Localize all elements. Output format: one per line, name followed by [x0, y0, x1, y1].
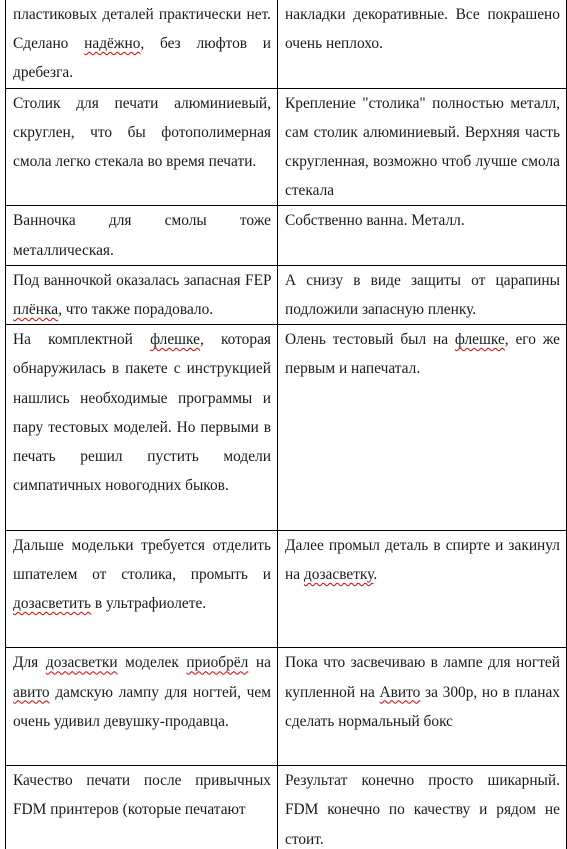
cell-text: Столик для печати алюминиевый, скруглен,… — [13, 95, 271, 170]
cell-text: Олень тестовый был на — [285, 331, 455, 348]
table-row: Под ванночкой оказалась запасная FEP плё… — [6, 265, 567, 324]
cell-text: накладки декоративные. Все покрашено оче… — [285, 6, 560, 52]
cell-text: На комплектной — [13, 331, 150, 348]
cell-text: Собственно ванна. Металл. — [285, 212, 465, 229]
table-cell-left[interactable]: Ванночка для смолы тоже металлическая. — [6, 206, 278, 265]
cell-text: дамскую лампу для ногтей, чем очень удив… — [13, 684, 271, 730]
cell-text: на — [248, 654, 271, 671]
cell-text: Под ванночкой оказалась запасная FEP — [13, 272, 271, 289]
cell-text: моделек — [118, 654, 187, 671]
table-row: Дальше модельки требуется отделить шпате… — [6, 530, 567, 648]
table-cell-left[interactable]: Под ванночкой оказалась запасная FEP плё… — [6, 265, 278, 324]
table-cell-right[interactable]: Крепление "столика" полностью металл, са… — [278, 88, 567, 206]
misspelled-word: авито — [13, 684, 50, 701]
table-row: Качество печати после привычных FDM прин… — [6, 766, 567, 849]
cell-text: , которая обнаружилась в пакете с инстру… — [13, 331, 271, 494]
cell-text: Дальше модельки требуется отделить шпате… — [13, 537, 271, 583]
misspelled-word: дозасветки — [46, 654, 118, 671]
table-cell-right[interactable]: Результат конечно просто шикарный. FDM к… — [278, 766, 567, 849]
misspelled-word: приобрёл — [186, 654, 248, 671]
misspelled-word: надёжно — [84, 35, 140, 52]
misspelled-word: дозасветку — [304, 566, 373, 583]
table-cell-right[interactable]: Собственно ванна. Металл. — [278, 206, 567, 265]
misspelled-word: флешке — [150, 331, 200, 348]
table-cell-left[interactable]: пластиковых деталей практически нет. Сде… — [6, 0, 278, 88]
misspelled-word: дозасветить — [13, 595, 91, 612]
table-cell-left[interactable]: Для дозасветки моделек приобрёл на авито… — [6, 648, 278, 766]
table-cell-left[interactable]: На комплектной флешке, которая обнаружил… — [6, 325, 278, 530]
misspelled-word: плёнка — [13, 301, 58, 318]
cell-text: . — [373, 566, 377, 583]
table-cell-right[interactable]: Далее промыл деталь в спирте и закинул н… — [278, 530, 567, 648]
table-row: Ванночка для смолы тоже металлическая.Со… — [6, 206, 567, 265]
cell-text: Для — [13, 654, 46, 671]
table-row: Столик для печати алюминиевый, скруглен,… — [6, 88, 567, 206]
cell-text: , что также порадовало. — [58, 301, 213, 318]
table-body: пластиковых деталей практически нет. Сде… — [6, 0, 567, 849]
table-row: На комплектной флешке, которая обнаружил… — [6, 325, 567, 530]
table-cell-left[interactable]: Столик для печати алюминиевый, скруглен,… — [6, 88, 278, 206]
cell-text: А снизу в виде защиты от царапины подлож… — [285, 272, 560, 318]
table-cell-right[interactable]: Пока что засвечиваю в лампе для ногтей к… — [278, 648, 567, 766]
table-cell-right[interactable]: Олень тестовый был на флешке, его же пер… — [278, 325, 567, 530]
table-row: Для дозасветки моделек приобрёл на авито… — [6, 648, 567, 766]
cell-text: Крепление "столика" полностью металл, са… — [285, 95, 560, 200]
cell-text: в ультрафиолете. — [91, 595, 206, 612]
misspelled-word: флешке — [455, 331, 505, 348]
table-row: пластиковых деталей практически нет. Сде… — [6, 0, 567, 88]
table-cell-left[interactable]: Качество печати после привычных FDM прин… — [6, 766, 278, 849]
misspelled-word: Авито — [380, 684, 421, 701]
cell-text: Результат конечно просто шикарный. FDM к… — [285, 772, 560, 847]
document-table: пластиковых деталей практически нет. Сде… — [5, 0, 567, 849]
cell-text: Ванночка для смолы тоже металлическая. — [13, 212, 271, 258]
table-cell-left[interactable]: Дальше модельки требуется отделить шпате… — [6, 530, 278, 648]
cell-text: Качество печати после привычных FDM прин… — [13, 772, 271, 818]
table-cell-right[interactable]: А снизу в виде защиты от царапины подлож… — [278, 265, 567, 324]
table-cell-right[interactable]: накладки декоративные. Все покрашено оче… — [278, 0, 567, 88]
